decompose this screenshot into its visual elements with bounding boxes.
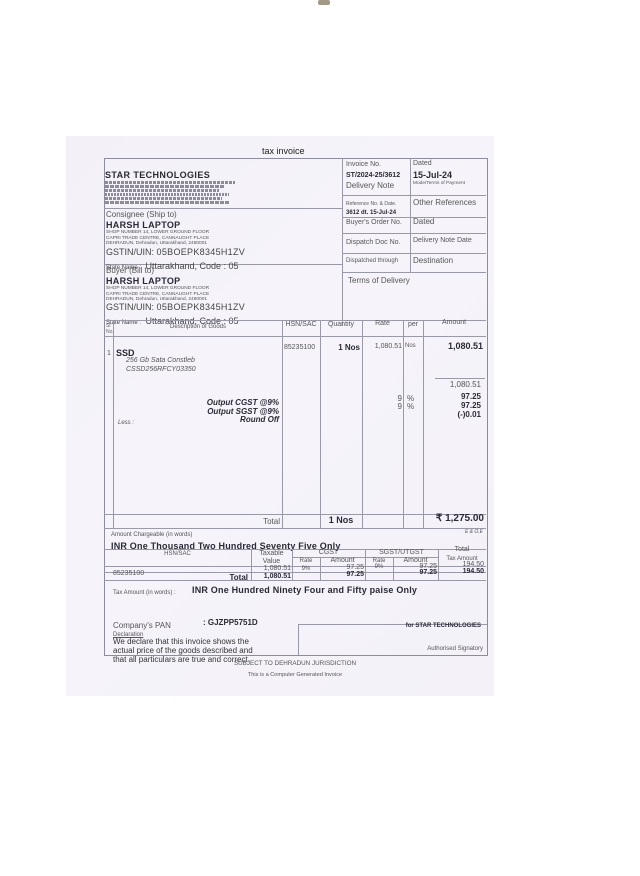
col-rate: Rate (362, 320, 403, 327)
divider (104, 208, 342, 209)
divider (104, 336, 486, 337)
consignee-address: SHOP NUMBER 14, LOWER GROUND FLOOR CAPRI… (106, 230, 209, 247)
tax-in-words-label: Tax Amount (in words) : (113, 590, 176, 596)
subtotal: 1,080.51 (425, 380, 481, 389)
buyer-address: SHOP NUMBER 14, LOWER GROUND FLOOR CAPRI… (106, 286, 209, 303)
scan-speck (318, 0, 330, 5)
item-amount: 1,080.51 (425, 341, 483, 351)
round-off-amount: (-)0.01 (425, 410, 481, 419)
item-sl: 1 (107, 350, 111, 357)
pan-label: Company's PAN (113, 621, 171, 630)
item-desc-1: 256 Gb Sata Constleb (126, 357, 195, 364)
summary-col-cgst-amount: Amount (320, 557, 365, 564)
divider (410, 158, 411, 272)
eoe: E & O.E (440, 529, 483, 535)
item-desc-2: CSSD256RFCY03350 (126, 366, 196, 373)
reference-label: Reference No. & Date. (346, 201, 396, 207)
document-title: tax invoice (262, 146, 305, 156)
col-per: per (403, 321, 423, 328)
authorised-signatory: Authorised Signatory (300, 646, 483, 652)
divider (342, 253, 486, 254)
delivery-note-label: Delivery Note (346, 181, 394, 190)
item-rate: 1,080.51 (362, 343, 402, 350)
buyers-order-dated-label: Dated (413, 217, 434, 226)
divider (423, 320, 424, 528)
summary-col-cgst-rate: Rate (292, 558, 320, 564)
dated-label: Dated (413, 160, 432, 167)
item-hsn: 85235100 (284, 344, 315, 351)
terms-of-delivery-label: Terms of Delivery (348, 276, 410, 285)
item-quantity: 1 Nos (320, 343, 360, 352)
buyer-name: HARSH LAPTOP (106, 276, 180, 286)
col-sl: Sl No. (106, 323, 113, 335)
invoice-date: 15-Jul-24 (413, 170, 452, 180)
total-label: Total (114, 517, 280, 526)
divider (342, 195, 486, 196)
summary-col-taxable: Taxable (251, 550, 292, 557)
invoice-no-label: Invoice No. (346, 161, 381, 168)
tax-in-words: INR One Hundred Ninety Four and Fifty pa… (192, 585, 417, 595)
delivery-note-date-label: Delivery Note Date (413, 237, 472, 244)
divider (342, 158, 343, 326)
divider (362, 320, 363, 528)
reference-value: 3612 dt. 15-Jul-24 (346, 210, 396, 216)
dispatch-doc-label: Dispatch Doc No. (346, 239, 400, 246)
seller-address (105, 180, 235, 205)
summary-col-total: Total (438, 546, 486, 553)
jurisdiction: SUBJECT TO DEHRADUN JURISDICTION (104, 660, 486, 667)
divider (342, 272, 486, 273)
divider (104, 528, 486, 529)
consignee-heading: Consignee (Ship to) (106, 210, 177, 219)
divider (282, 320, 283, 528)
divider (403, 320, 404, 528)
summary-col-taxable-value: Value (251, 558, 292, 565)
divider (435, 378, 485, 379)
col-amount: Amount (423, 319, 485, 326)
col-hsn: HSN/SAC (282, 321, 320, 328)
buyer-heading: Buyer (Bill to) (106, 266, 154, 275)
mode-terms-label: Mode/Terms of Payment (413, 181, 465, 186)
summary-col-hsn: HSN/SAC (104, 551, 251, 557)
summary-col-cgst: CGST (292, 549, 365, 556)
invoice-no: ST/2024-25/3612 (346, 172, 400, 179)
for-company: for STAR TECHNOLOGIES (300, 623, 481, 629)
buyers-order-label: Buyer's Order No. (346, 219, 402, 226)
consignee-name: HARSH LAPTOP (106, 220, 180, 230)
divider (113, 320, 114, 528)
total-quantity: 1 Nos (320, 515, 362, 525)
divider (342, 233, 486, 234)
summary-col-sgst: SGST/UTGST (365, 549, 438, 556)
col-quantity: Quantity (320, 321, 362, 328)
item-per: Nos (405, 343, 416, 349)
pan-value: : GJZPP5751D (203, 618, 258, 627)
other-references-label: Other References (413, 198, 476, 207)
col-description: Description of Goods (114, 324, 282, 330)
seller-name: STAR TECHNOLOGIES (105, 170, 210, 180)
computer-generated-note: This is a Computer Generated Invoice (104, 672, 486, 678)
dispatched-through-label: Dispatched through (346, 258, 398, 264)
total-amount: ₹ 1,275.00 (424, 513, 484, 524)
amount-in-words-label: Amount Chargeable (in words) (111, 532, 192, 538)
round-off-label: Round Off (114, 415, 279, 424)
destination-label: Destination (413, 256, 453, 265)
